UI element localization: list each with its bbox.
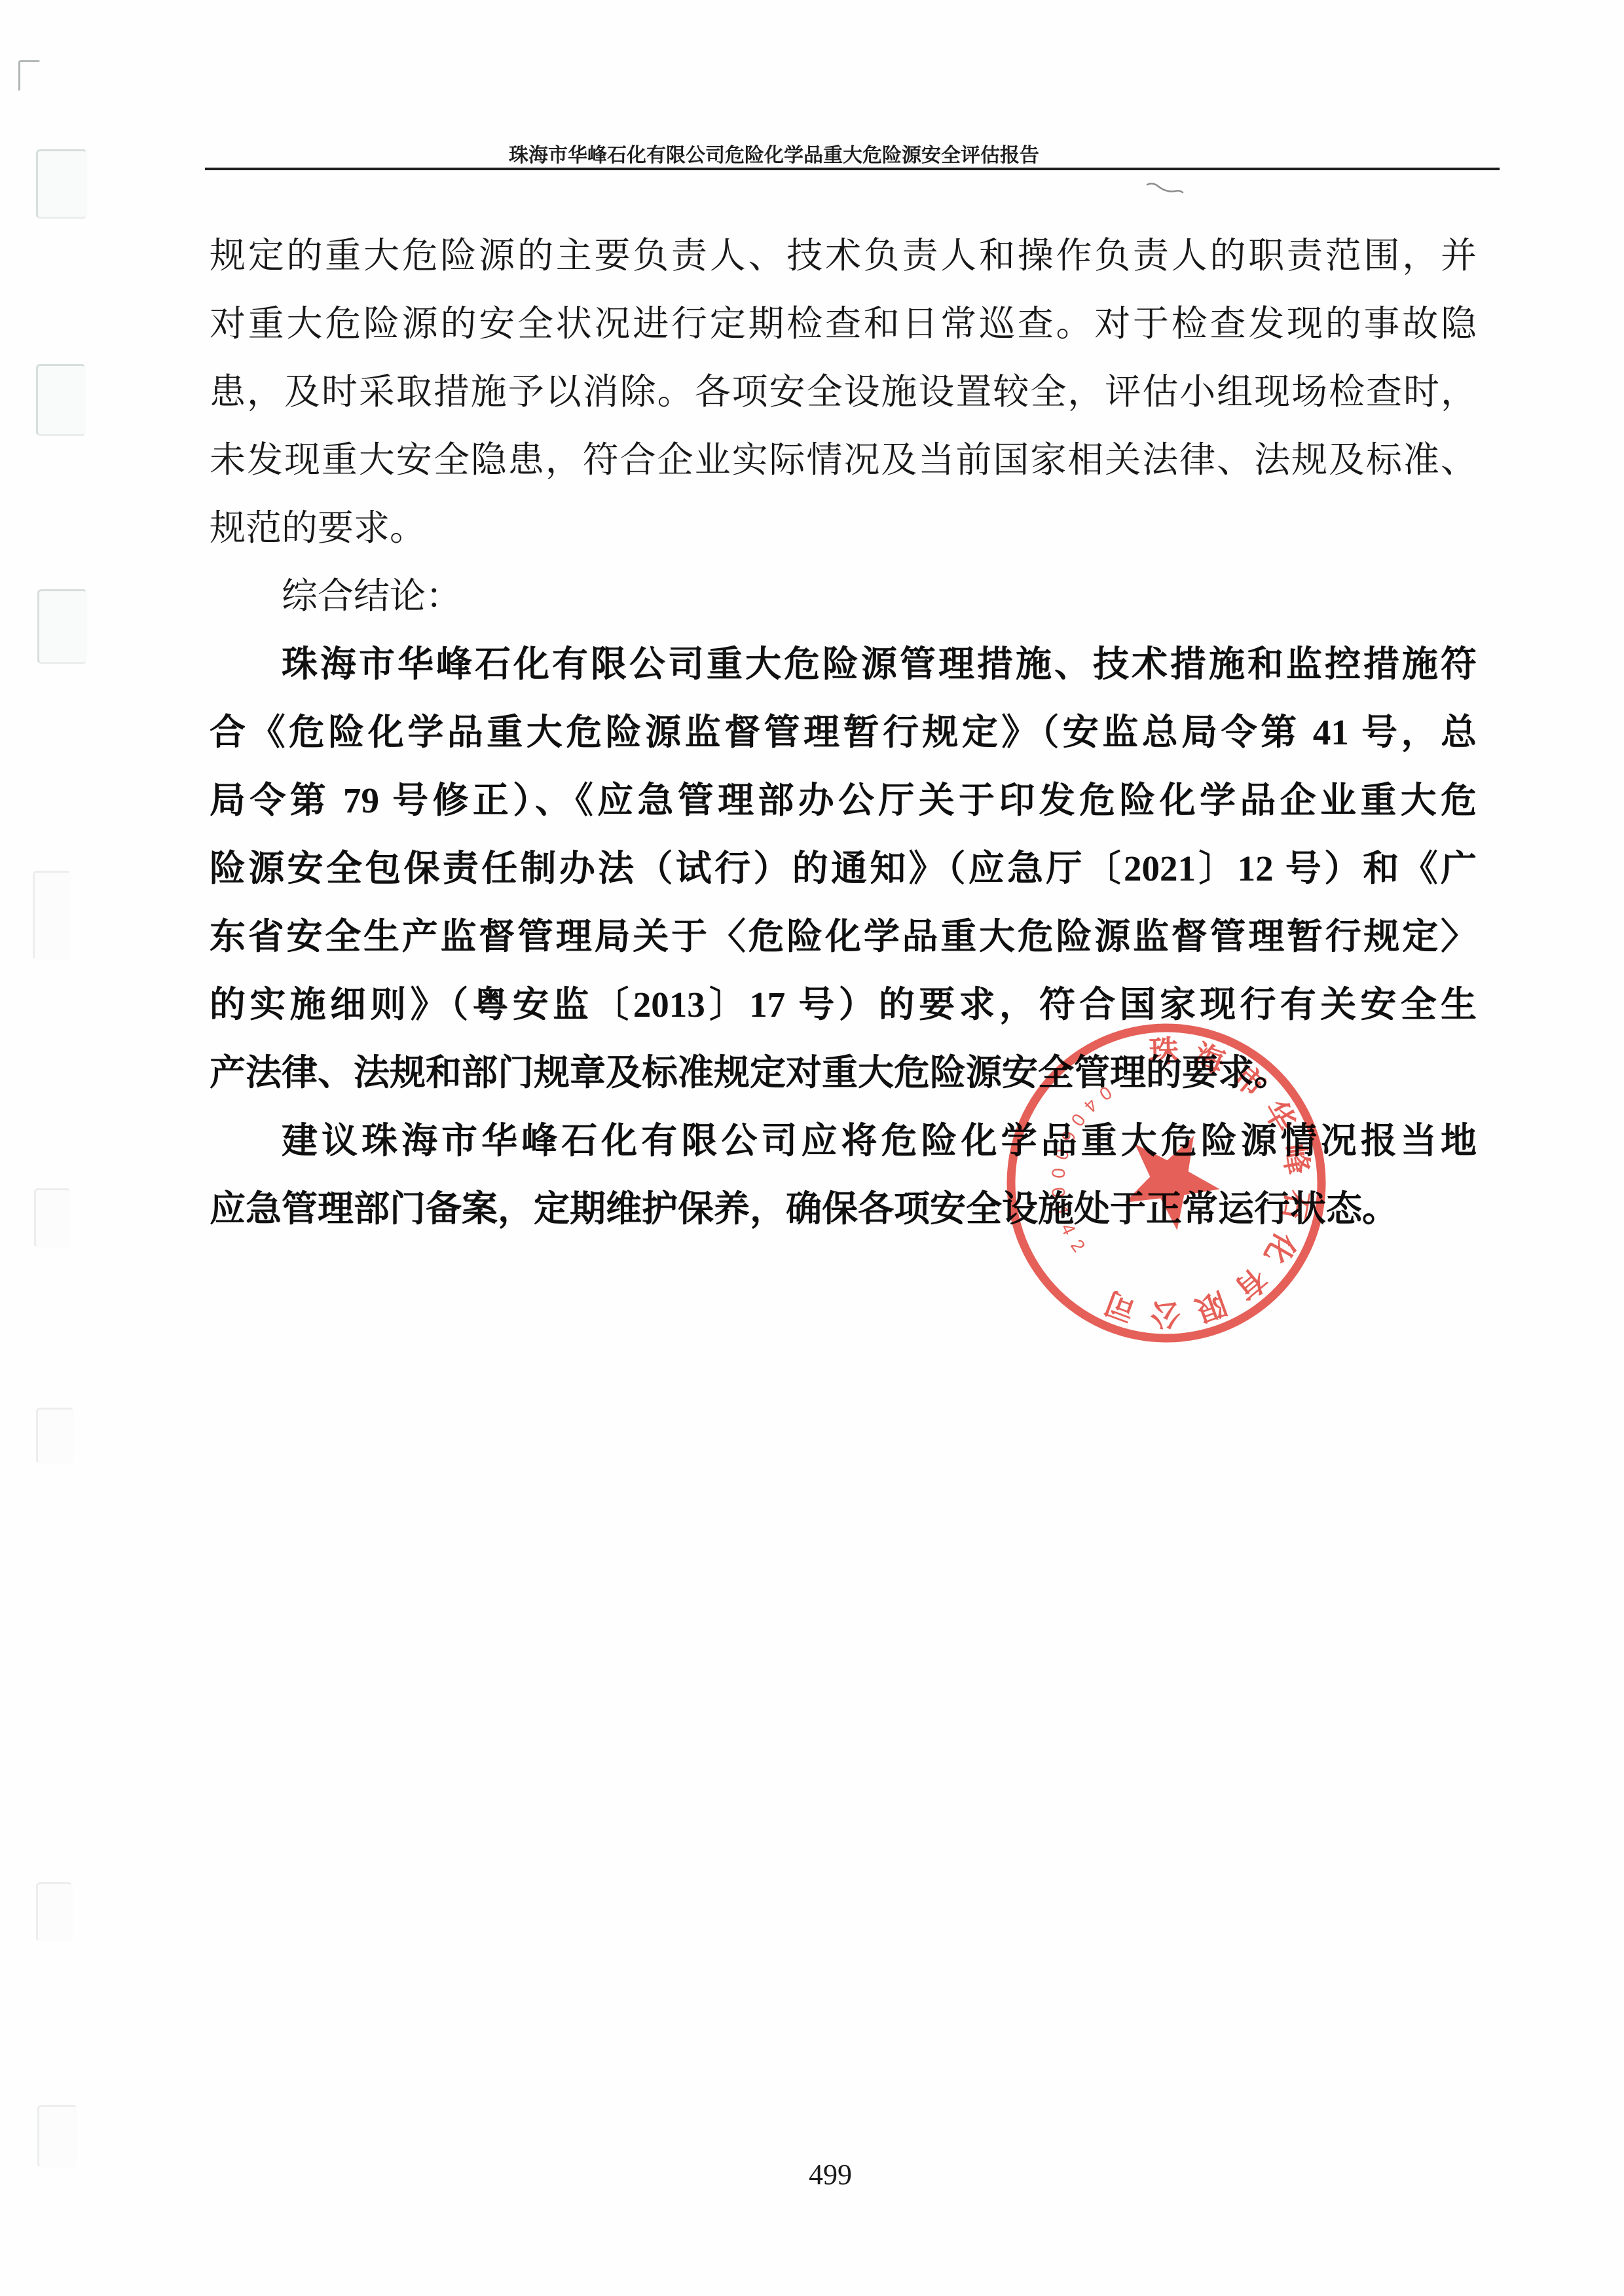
scan-artifact: [36, 364, 86, 436]
scan-artifact: [36, 1408, 74, 1464]
scan-artifact: [33, 871, 71, 960]
body-line: 的实施细则》（粤安监〔2013〕17 号）的要求，符合国家现行有关安全生: [210, 971, 1477, 1039]
body-line: 规范的要求。: [210, 494, 1477, 562]
scan-artifact: [37, 2105, 77, 2168]
body-line: 规定的重大危险源的主要负责人、技术负责人和操作负责人的职责范围，并: [210, 222, 1477, 290]
body-line: 局令第 79 号修正）、《应急管理部办公厅关于印发危险化学品企业重大危: [210, 767, 1477, 835]
body-line: 产法律、法规和部门规章及标准规定对重大危险源安全管理的要求。: [210, 1039, 1477, 1107]
body-line: 险源安全包保责任制办法（试行）的通知》（应急厅〔2021〕12 号）和《广: [210, 835, 1477, 903]
body-text: 规定的重大危险源的主要负责人、技术负责人和操作负责人的职责范围，并对重大危险源的…: [210, 222, 1477, 1243]
page-header-title: 珠海市华峰石化有限公司危险化学品重大危险源安全评估报告: [509, 139, 1039, 168]
scan-artifact: [36, 149, 87, 219]
body-line: 综合结论：: [210, 562, 1477, 630]
scan-artifact: [36, 1882, 73, 1942]
body-line: 合《危险化学品重大危险源监督管理暂行规定》（安监总局令第 41 号，总: [210, 699, 1477, 767]
body-line: 东省安全生产监督管理局关于〈危险化学品重大危险源监督管理暂行规定〉: [210, 903, 1477, 971]
body-line: 未发现重大安全隐患，符合企业实际情况及当前国家相关法律、法规及标准、: [210, 426, 1477, 494]
scan-artifact: [34, 1188, 71, 1248]
scan-artifact: [37, 589, 87, 664]
header-rule: [205, 168, 1500, 170]
document-page: 珠海市华峰石化有限公司危险化学品重大危险源安全评估报告 规定的重大危险源的主要负…: [0, 0, 1624, 2296]
body-line: 应急管理部门备案，定期维护保养，确保各项安全设施处于正常运行状态。: [210, 1175, 1477, 1243]
page-number: 499: [778, 2158, 883, 2191]
body-line: 对重大危险源的安全状况进行定期检查和日常巡查。对于检查发现的事故隐: [210, 290, 1477, 358]
body-line: 珠海市华峰石化有限公司重大危险源管理措施、技术措施和监控措施符: [210, 630, 1477, 699]
scan-squiggle-mark: [1146, 181, 1184, 198]
scan-artifact: [18, 60, 41, 92]
body-line: 建议珠海市华峰石化有限公司应将危险化学品重大危险源情况报当地: [210, 1107, 1477, 1175]
body-line: 患，及时采取措施予以消除。各项安全设施设置较全，评估小组现场检查时，: [210, 358, 1477, 426]
